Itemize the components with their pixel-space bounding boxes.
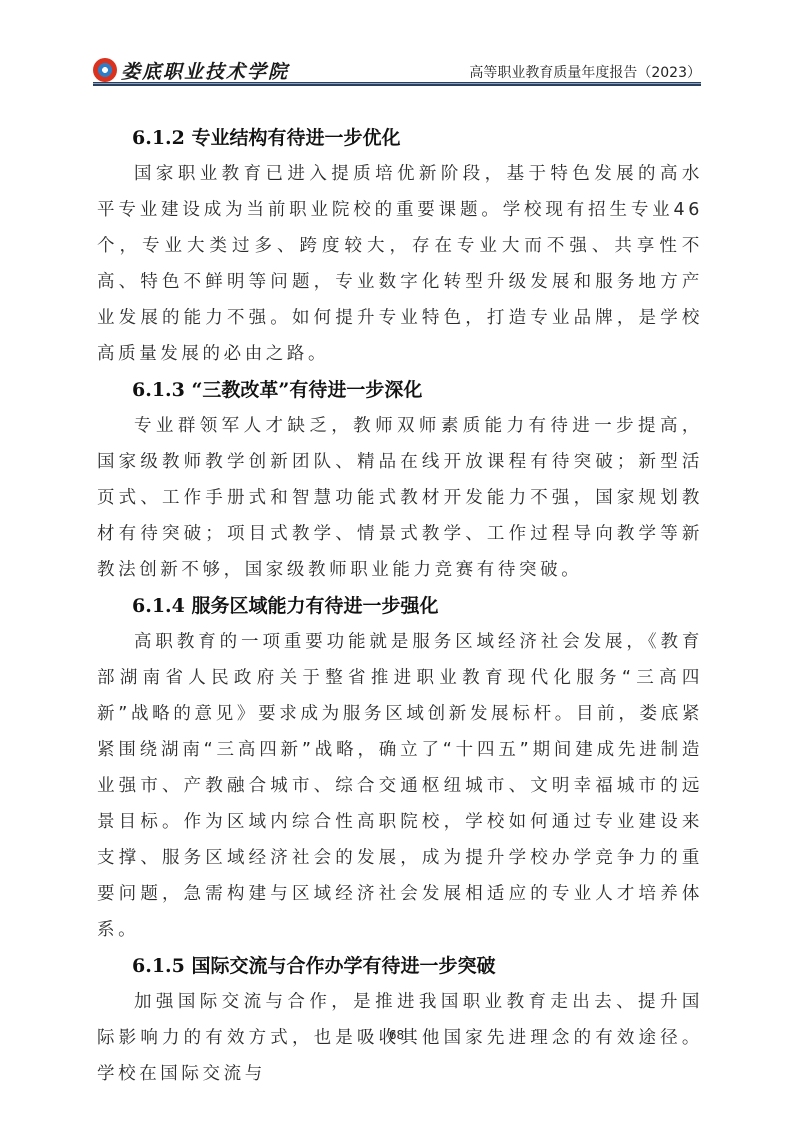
section-paragraph-6-1-2: 国家职业教育已进入提质培优新阶段，基于特色发展的高水平专业建设成为当前职业院校的…: [97, 156, 703, 372]
report-title: 高等职业教育质量年度报告（2023）: [469, 62, 701, 82]
school-emblem-icon: [93, 58, 117, 82]
school-name: 娄底职业技术学院: [121, 57, 289, 84]
document-body: 6.1.2 专业结构有待进一步优化 国家职业教育已进入提质培优新阶段，基于特色发…: [97, 120, 703, 1092]
section-paragraph-6-1-3: 专业群领军人才缺乏，教师双师素质能力有待进一步提高，国家级教师教学创新团队、精品…: [97, 408, 703, 588]
section-paragraph-6-1-4: 高职教育的一项重要功能就是服务区域经济社会发展，《教育部湖南省人民政府关于整省推…: [97, 624, 703, 948]
section-heading-6-1-2: 6.1.2 专业结构有待进一步优化: [97, 120, 703, 156]
page-number: 68: [0, 1028, 793, 1042]
section-heading-6-1-3: 6.1.3 “三教改革”有待进一步深化: [97, 372, 703, 408]
section-heading-6-1-4: 6.1.4 服务区域能力有待进一步强化: [97, 588, 703, 624]
header-rule: [93, 82, 701, 86]
section-heading-6-1-5: 6.1.5 国际交流与合作办学有待进一步突破: [97, 948, 703, 984]
